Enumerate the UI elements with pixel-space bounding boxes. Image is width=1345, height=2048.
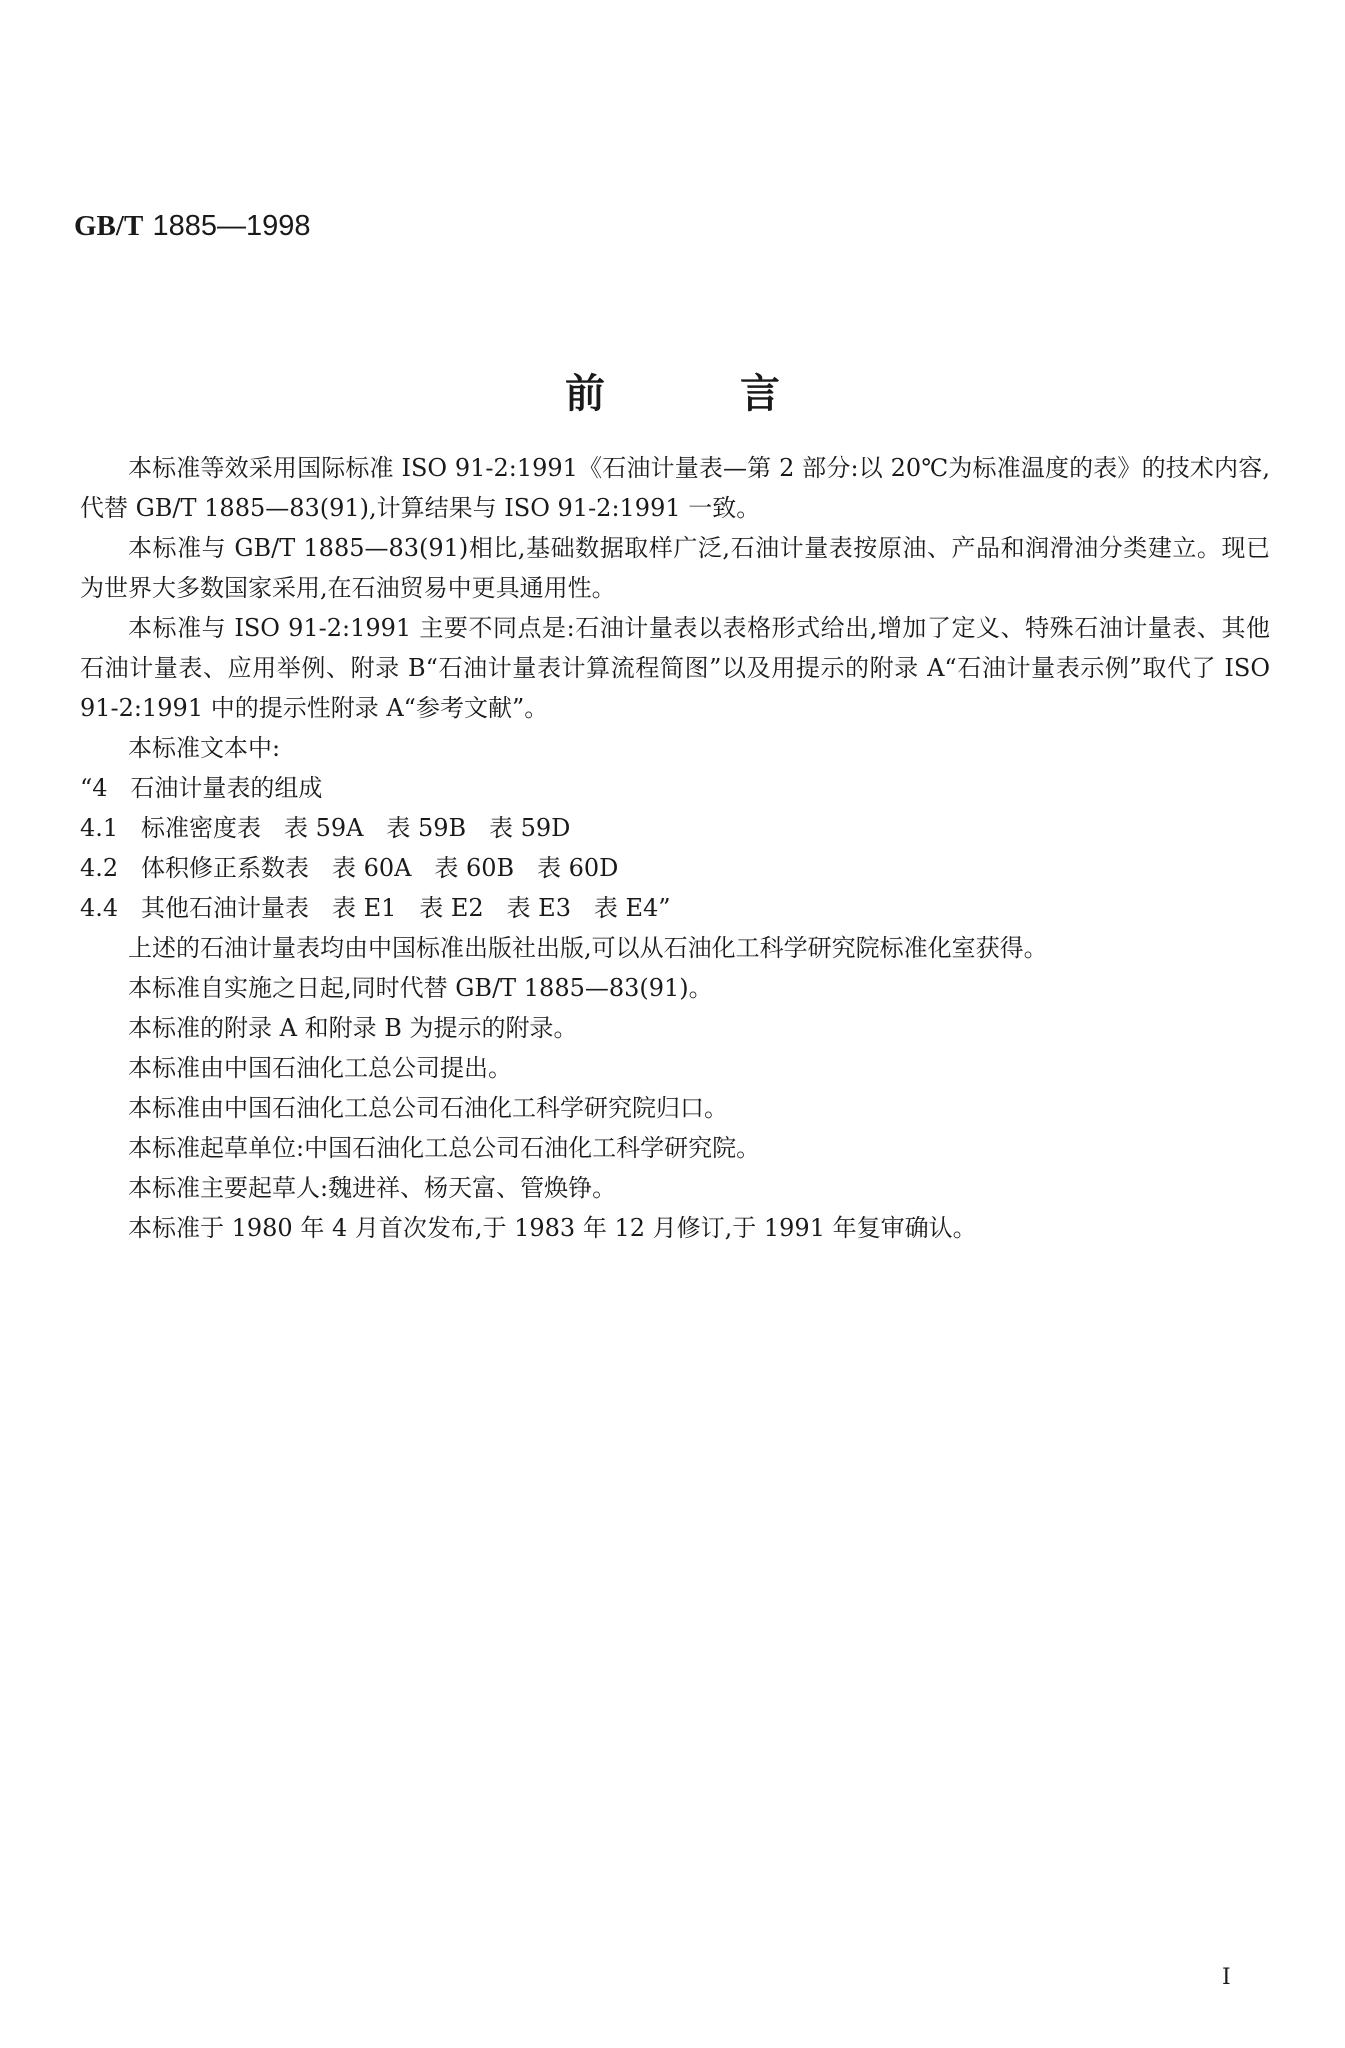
paragraph: 本标准于 1980 年 4 月首次发布,于 1983 年 12 月修订,于 19… xyxy=(80,1208,1270,1248)
standard-code-header: GB/T 1885—1998 xyxy=(74,208,311,243)
paragraph: 本标准等效采用国际标准 ISO 91-2:1991《石油计量表—第 2 部分:以… xyxy=(80,448,1270,528)
quoted-clause: 4.2 体积修正系数表 表 60A 表 60B 表 60D xyxy=(80,848,1270,888)
paragraph: 本标准文本中: xyxy=(80,728,1270,768)
quoted-clause: “4 石油计量表的组成 xyxy=(80,768,1270,808)
paragraph: 本标准自实施之日起,同时代替 GB/T 1885—83(91)。 xyxy=(80,968,1270,1008)
paragraph: 本标准的附录 A 和附录 B 为提示的附录。 xyxy=(80,1008,1270,1048)
paragraph: 本标准由中国石油化工总公司提出。 xyxy=(80,1048,1270,1088)
standard-prefix: GB/T xyxy=(74,210,143,242)
paragraph: 本标准起草单位:中国石油化工总公司石油化工科学研究院。 xyxy=(80,1128,1270,1168)
paragraph: 本标准主要起草人:魏进祥、杨天富、管焕铮。 xyxy=(80,1168,1270,1208)
paragraph: 上述的石油计量表均由中国标准出版社出版,可以从石油化工科学研究院标准化室获得。 xyxy=(80,928,1270,968)
quoted-clause: 4.4 其他石油计量表 表 E1 表 E2 表 E3 表 E4” xyxy=(80,888,1270,928)
paragraph: 本标准由中国石油化工总公司石油化工科学研究院归口。 xyxy=(80,1088,1270,1128)
title-char-1: 前 xyxy=(565,362,605,419)
page-number: I xyxy=(1222,1965,1231,1990)
standard-number: 1885—1998 xyxy=(153,210,311,242)
paragraph: 本标准与 ISO 91-2:1991 主要不同点是:石油计量表以表格形式给出,增… xyxy=(80,608,1270,728)
page-title: 前言 xyxy=(0,362,1345,419)
title-char-2: 言 xyxy=(740,362,780,419)
paragraph: 本标准与 GB/T 1885—83(91)相比,基础数据取样广泛,石油计量表按原… xyxy=(80,528,1270,608)
quoted-clause: 4.1 标准密度表 表 59A 表 59B 表 59D xyxy=(80,808,1270,848)
foreword-body: 本标准等效采用国际标准 ISO 91-2:1991《石油计量表—第 2 部分:以… xyxy=(80,448,1270,1248)
